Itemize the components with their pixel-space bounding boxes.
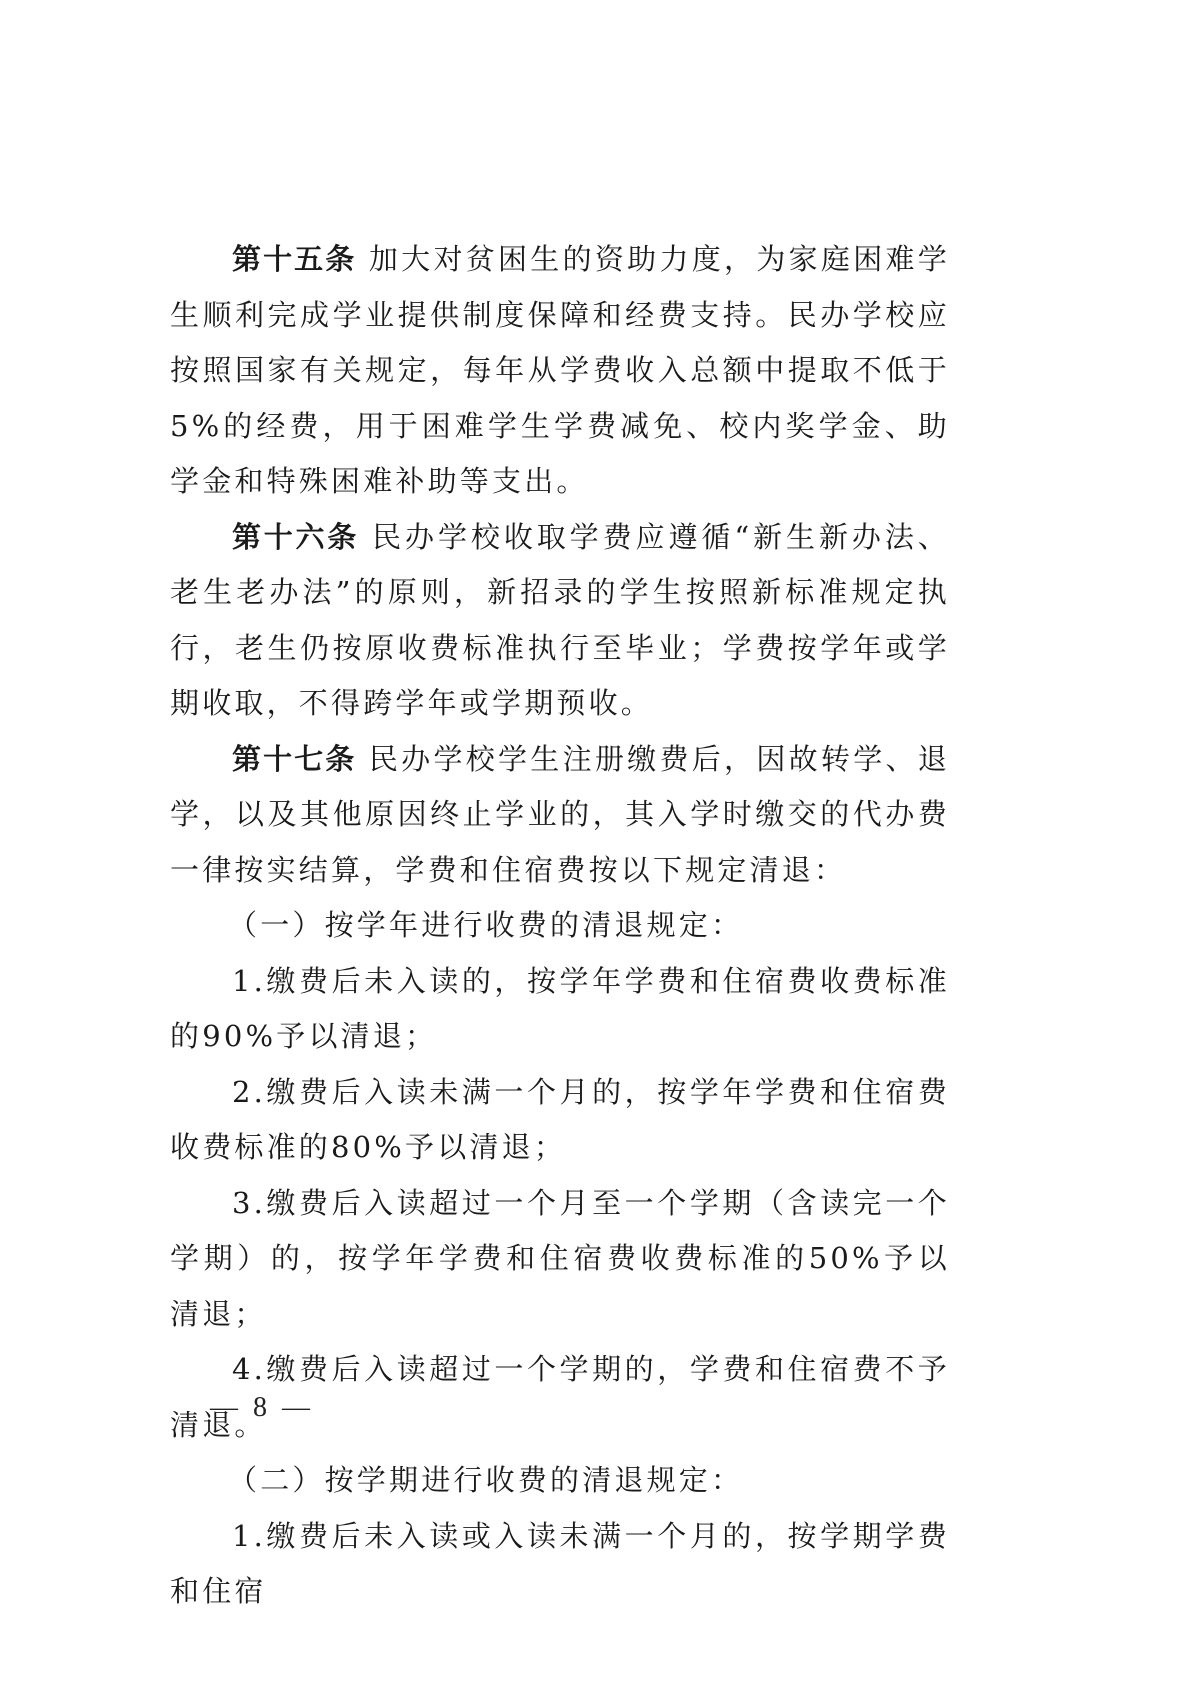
semester-refund-item-1: 1.缴费后未入读或入读未满一个月的，按学期学费和住宿 — [170, 1509, 950, 1620]
annual-refund-item-1: 1.缴费后未入读的，按学年学费和住宿费收费标准的90%予以清退； — [170, 954, 950, 1065]
section-annual-refund-heading: （一）按学年进行收费的清退规定： — [170, 898, 950, 954]
article-16: 第十六条 民办学校收取学费应遵循“新生新办法、老生老办法”的原则，新招录的学生按… — [170, 510, 950, 732]
article-15-heading: 第十五条 — [232, 242, 356, 276]
document-page: 第十五条 加大对贫困生的资助力度，为家庭困难学生顺利完成学业提供制度保障和经费支… — [0, 0, 1190, 1684]
article-17-heading: 第十七条 — [232, 742, 356, 776]
article-17: 第十七条 民办学校学生注册缴费后，因故转学、退学，以及其他原因终止学业的，其入学… — [170, 732, 950, 899]
article-15-text: 加大对贫困生的资助力度，为家庭困难学生顺利完成学业提供制度保障和经费支持。民办学… — [170, 242, 950, 498]
annual-refund-item-2: 2.缴费后入读未满一个月的，按学年学费和住宿费收费标准的80%予以清退； — [170, 1065, 950, 1176]
section-semester-refund-heading: （二）按学期进行收费的清退规定： — [170, 1453, 950, 1509]
article-15: 第十五条 加大对贫困生的资助力度，为家庭困难学生顺利完成学业提供制度保障和经费支… — [170, 232, 950, 510]
page-number: — 8 — — [210, 1392, 314, 1424]
article-16-heading: 第十六条 — [232, 520, 359, 554]
annual-refund-item-3: 3.缴费后入读超过一个月至一个学期（含读完一个学期）的，按学年学费和住宿费收费标… — [170, 1176, 950, 1343]
